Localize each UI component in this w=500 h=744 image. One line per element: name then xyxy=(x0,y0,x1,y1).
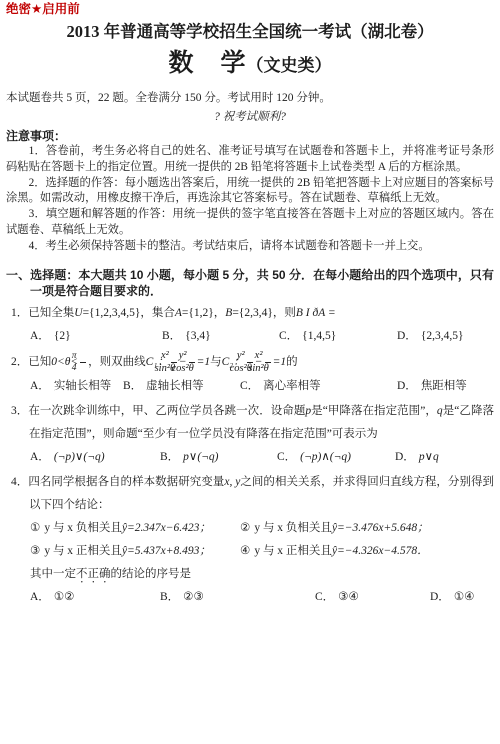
option-a: A．{2} xyxy=(30,325,162,348)
paper-info-line: 本试题卷共 5 页，22 题。全卷满分 150 分。考试用时 120 分钟。 xyxy=(6,91,494,106)
fraction-x2-sin2: x²sin²θ xyxy=(265,350,271,375)
question-2: 2．已知0<θ<π4，则双曲线C₁：x²sin²θ−y²cos²θ=1与C₂：y… xyxy=(11,350,494,398)
option-c-text: (¬p)∧(¬q) xyxy=(300,451,351,463)
option-d-text: ①④ xyxy=(454,591,475,603)
option-a-label: A． xyxy=(30,380,50,392)
q1-var-u: U xyxy=(74,307,82,319)
q1-text: ={1,2}， xyxy=(182,307,225,319)
question-4-options: A．①② B．②③ C．③④ D．①④ xyxy=(30,586,494,609)
q4-vars-xy: x, y xyxy=(224,476,240,488)
fraction-y2-cos2: y²cos²θ xyxy=(189,350,195,375)
conclusion-3: ③y 与 x 正相关且ŷ=5.437x+8.493； xyxy=(30,540,240,563)
option-a-text: (¬p)∨(¬q) xyxy=(54,451,105,463)
conclusion-4: ④y 与 x 正相关且ŷ=−4.326x−4.578． xyxy=(240,540,429,563)
option-c-text: {1,4,5} xyxy=(302,330,336,342)
option-c: C．{1,4,5} xyxy=(279,325,397,348)
conclusion-1-equation: ŷ=2.347x−6.423； xyxy=(122,522,211,534)
q3-text: 在一次跳伞训练中，甲、乙两位学员各跳一次．设命题 xyxy=(28,405,305,417)
option-d-label: D． xyxy=(397,330,417,342)
conclusion-1: ①y 与 x 负相关且ŷ=2.347x−6.423； xyxy=(30,517,240,540)
notice-item-3: 3．填空题和解答题的作答：用统一提供的签字笔直接答在答题卡上对应的答题区域内。答… xyxy=(6,207,494,239)
question-4-stem: 4．四名同学根据各自的样本数据研究变量x, y之间的相关关系，并求得回归直线方程… xyxy=(11,471,494,517)
fraction-pi-over-4: π4 xyxy=(80,351,86,374)
q1-text: 已知全集 xyxy=(28,307,74,319)
option-a-label: A． xyxy=(30,591,50,603)
option-b-text: ②③ xyxy=(183,591,204,603)
classification-banner: 绝密★启用前 xyxy=(6,2,494,17)
option-b-label: B． xyxy=(160,591,179,603)
circled-1-icon: ① xyxy=(30,522,40,534)
option-c: C．离心率相等 xyxy=(240,375,397,398)
question-4-footer: 其中一定不正确的结论的序号是 xyxy=(30,563,494,586)
option-a-label: A． xyxy=(30,451,50,463)
q2-text: 的 xyxy=(286,356,298,368)
fraction-numerator: y² xyxy=(247,350,253,363)
option-b: B．p∨(¬q) xyxy=(160,446,277,469)
subject-title: 数 学（文史类） xyxy=(6,48,494,83)
option-a-text: 实轴长相等 xyxy=(54,380,112,392)
q4-text: 四名同学根据各自的样本数据研究变量 xyxy=(28,476,224,488)
option-a: A．①② xyxy=(30,586,160,609)
question-1: 1．已知全集U={1,2,3,4,5}，集合A={1,2}，B={2,3,4}，… xyxy=(11,302,494,348)
option-a: A．(¬p)∨(¬q) xyxy=(30,446,160,469)
q2-text: 与 xyxy=(210,356,222,368)
option-b-text: p∨(¬q) xyxy=(183,451,218,463)
exam-title: 2013 年普通高等学校招生全国统一考试（湖北卷） xyxy=(6,22,494,42)
exam-wish-line: ? 祝考试顺利? xyxy=(6,110,494,125)
q4-footer-emphasis: 不正确 xyxy=(76,568,111,580)
notice-item-2: 2．选择题的作答：每小题选出答案后，用统一提供的 2B 铅笔把答题卡上对应题目的… xyxy=(6,176,494,208)
conclusion-4-equation: ŷ=−4.326x−4.578． xyxy=(332,545,429,557)
notice-item-4: 4．考生必须保持答题卡的整洁。考试结束后，请将本试题卷和答题卡一并上交。 xyxy=(6,239,494,255)
option-d-label: D． xyxy=(395,451,415,463)
option-c-text: 离心率相等 xyxy=(263,380,321,392)
question-2-stem: 2．已知0<θ<π4，则双曲线C₁：x²sin²θ−y²cos²θ=1与C₂：y… xyxy=(11,350,494,375)
option-b-label: B． xyxy=(162,330,181,342)
subject-category: （文史类） xyxy=(247,56,332,75)
option-d-label: D． xyxy=(430,591,450,603)
option-b: B．虚轴长相等 xyxy=(123,375,240,398)
option-a: A．实轴长相等 xyxy=(30,375,123,398)
equals-one: =1 xyxy=(197,356,211,368)
question-4: 4．四名同学根据各自的样本数据研究变量x, y之间的相关关系，并求得回归直线方程… xyxy=(11,471,494,609)
option-d: D．①④ xyxy=(430,586,474,609)
option-c-text: ③④ xyxy=(338,591,359,603)
conclusion-4-desc: y 与 x 正相关且 xyxy=(254,545,332,557)
circled-3-icon: ③ xyxy=(30,545,40,557)
option-d-text: 焦距相等 xyxy=(421,380,467,392)
fraction-numerator: x² xyxy=(171,350,177,363)
option-b: B．②③ xyxy=(160,586,315,609)
option-c: C．(¬p)∧(¬q) xyxy=(277,446,395,469)
q1-expression: B I ðA = xyxy=(296,307,336,319)
q1-text: ={2,3,4}，则 xyxy=(232,307,296,319)
q2-text: ，则双曲线 xyxy=(88,356,146,368)
option-b-label: B． xyxy=(160,451,179,463)
exam-paper-page: 绝密★启用前 2013 年普通高等学校招生全国统一考试（湖北卷） 数 学（文史类… xyxy=(0,0,500,744)
option-c-label: C． xyxy=(240,380,259,392)
option-d-text: p∨q xyxy=(419,451,439,463)
conclusion-3-desc: y 与 x 正相关且 xyxy=(44,545,122,557)
option-c-label: C． xyxy=(277,451,296,463)
conclusions-row-1: ①y 与 x 负相关且ŷ=2.347x−6.423； ②y 与 x 负相关且ŷ=… xyxy=(30,517,494,540)
fraction-numerator: x² xyxy=(265,350,271,363)
notice-section: 注意事项： 1．答卷前，考生务必将自己的姓名、准考证号填写在试题卷和答题卡上，并… xyxy=(6,128,494,255)
fraction-denominator: sin²θ xyxy=(265,363,271,375)
question-3-stem: 3．在一次跳伞训练中，甲、乙两位学员各跳一次．设命题p是“甲降落在指定范围”，q… xyxy=(11,400,494,446)
question-1-options: A．{2} B．{3,4} C．{1,4,5} D．{2,3,4,5} xyxy=(30,325,494,348)
conclusion-2: ②y 与 x 负相关且ŷ=−3.476x+5.648； xyxy=(240,517,429,540)
option-d: D．焦距相等 xyxy=(397,375,467,398)
conclusion-2-desc: y 与 x 负相关且 xyxy=(254,522,332,534)
fraction-denominator: cos²θ xyxy=(189,363,195,375)
question-2-number: 2． xyxy=(11,356,28,368)
notice-heading: 注意事项： xyxy=(6,128,494,144)
notice-item-1: 1．答卷前，考生务必将自己的姓名、准考证号填写在试题卷和答题卡上，并将准考证号条… xyxy=(6,144,494,176)
conclusions-row-2: ③y 与 x 正相关且ŷ=5.437x+8.493； ④y 与 x 正相关且ŷ=… xyxy=(30,540,494,563)
question-4-number: 4． xyxy=(11,476,28,488)
equals-one: =1 xyxy=(273,356,287,368)
option-d: D．{2,3,4,5} xyxy=(397,325,463,348)
question-3-options: A．(¬p)∨(¬q) B．p∨(¬q) C．(¬p)∧(¬q) D．p∨q xyxy=(30,446,494,469)
option-b-text: {3,4} xyxy=(185,330,210,342)
conclusion-1-desc: y 与 x 负相关且 xyxy=(44,522,122,534)
conclusion-3-equation: ŷ=5.437x+8.493； xyxy=(122,545,211,557)
option-d-text: {2,3,4,5} xyxy=(421,330,464,342)
question-2-options: A．实轴长相等 B．虚轴长相等 C．离心率相等 D．焦距相等 xyxy=(30,375,494,398)
q4-footer-text: 其中一定 xyxy=(30,568,76,580)
option-b-text: 虚轴长相等 xyxy=(146,380,204,392)
option-a-text: ①② xyxy=(54,591,75,603)
question-1-stem: 1．已知全集U={1,2,3,4,5}，集合A={1,2}，B={2,3,4}，… xyxy=(11,302,494,325)
fraction-numerator: y² xyxy=(189,350,195,363)
option-a-text: {2} xyxy=(54,330,71,342)
option-c-label: C． xyxy=(279,330,298,342)
fraction-denominator: 4 xyxy=(80,363,86,374)
option-b-label: B． xyxy=(123,380,142,392)
q2-text: 已知 xyxy=(28,356,51,368)
section-one-heading: 一、选择题：本大题共 10 小题，每小题 5 分，共 50 分．在每小题给出的四… xyxy=(6,267,494,300)
conclusion-2-equation: ŷ=−3.476x+5.648； xyxy=(332,522,429,534)
option-d-label: D． xyxy=(397,380,417,392)
option-a-label: A． xyxy=(30,330,50,342)
question-3: 3．在一次跳伞训练中，甲、乙两位学员各跳一次．设命题p是“甲降落在指定范围”，q… xyxy=(11,400,494,469)
q1-var-a: A xyxy=(175,307,182,319)
subject-name: 数 学 xyxy=(168,49,246,77)
q1-text: ={1,2,3,4,5}，集合 xyxy=(83,307,175,319)
circled-4-icon: ④ xyxy=(240,545,250,557)
q4-footer-text: 的结论的序号是 xyxy=(111,568,192,580)
question-1-number: 1． xyxy=(11,307,28,319)
option-b: B．{3,4} xyxy=(162,325,279,348)
q3-text: 是“甲降落在指定范围”， xyxy=(311,405,437,417)
question-3-number: 3． xyxy=(11,405,28,417)
fraction-numerator: π xyxy=(80,351,86,363)
option-c: C．③④ xyxy=(315,586,430,609)
option-c-label: C． xyxy=(315,591,334,603)
option-d: D．p∨q xyxy=(395,446,439,469)
circled-2-icon: ② xyxy=(240,522,250,534)
